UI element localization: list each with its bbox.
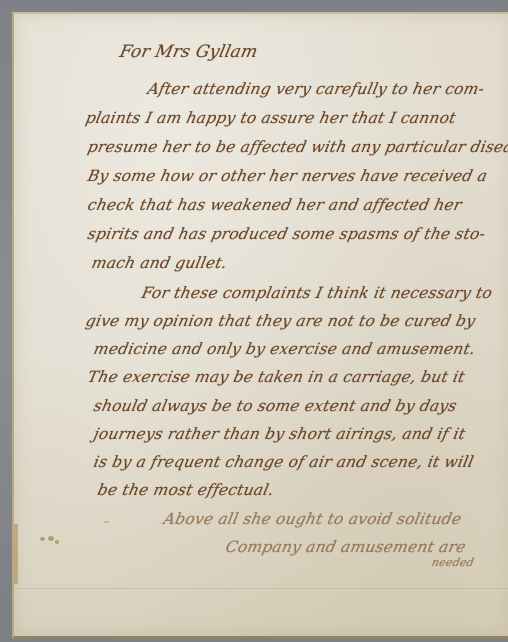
text-line: Company and amusement are [224,538,468,556]
letter-text: For Mrs Gyllam After attending very care… [14,14,508,636]
text-line: plaints I am happy to assure her that I … [84,109,458,127]
text-line: be the most effectual. [96,481,276,499]
marginal-note: needed [431,556,476,569]
text-line: give my opinion that they are not to be … [84,312,477,330]
text-line: spirits and has produced some spasms of … [86,225,487,243]
letter-heading: For Mrs Gyllam [118,42,260,62]
text-line: For these complaints I think it necessar… [140,284,494,302]
text-line: After attending very carefully to her co… [146,80,486,98]
text-line: mach and gullet. [90,254,229,272]
text-line: The exercise may be taken in a carriage,… [86,368,467,386]
text-line: check that has weakened her and affected… [86,196,463,214]
text-line: By some how or other her nerves have rec… [86,167,489,185]
text-line: is by a frequent change of air and scene… [92,453,475,471]
text-line: Above all she ought to avoid solitude [162,510,463,528]
text-line: journeys rather than by short airings, a… [92,425,467,443]
text-line: medicine and only by exercise and amusem… [92,340,477,358]
text-line: presume her to be affected with any part… [86,138,508,156]
scan-background: For Mrs Gyllam After attending very care… [0,0,508,642]
text-line: should always be to some extent and by d… [92,397,458,415]
manuscript-page: For Mrs Gyllam After attending very care… [12,12,508,639]
